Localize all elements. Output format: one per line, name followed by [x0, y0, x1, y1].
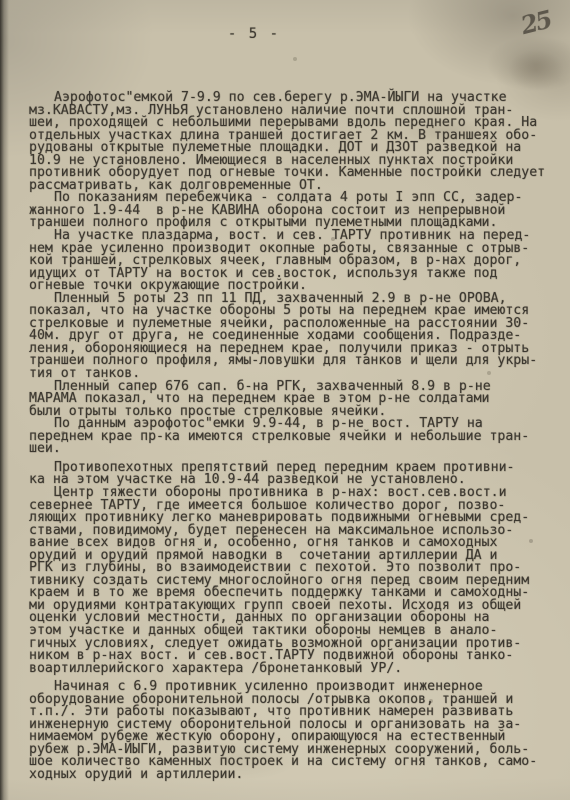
text-line: ходных орудий и артиллерии.: [29, 769, 570, 782]
paragraph: Центр тяжести обороны противника в р-нах…: [29, 487, 570, 675]
paragraph: Начиная с 6.9 противник усиленно произво…: [29, 681, 570, 781]
paragraph: По показаниям перебежчика - солдата 4 ро…: [29, 192, 570, 230]
paragraph: Пленный сапер 676 сап. б-на РГК, захваче…: [29, 381, 570, 419]
scanned-page: - 5 - 25 Аэрофотос"емкой 7-9.9 по сев.бе…: [0, 0, 570, 800]
page-number: - 5 -: [204, 26, 304, 42]
text-line: воартиллерийского характера /бронетанков…: [29, 663, 570, 676]
paragraph: На участке плаздарма, вост. и сев. ТАРТУ…: [29, 230, 570, 293]
paper-stain: [508, 50, 564, 90]
document-body: Аэрофотос"емкой 7-9.9 по сев.берегу р.ЭМ…: [29, 92, 570, 782]
paper-specks: [0, 0, 2, 2]
paragraph: Противопехотных препятствий перед передн…: [29, 462, 570, 487]
paragraph: Аэрофотос"емкой 7-9.9 по сев.берегу р.ЭМ…: [29, 92, 570, 192]
paragraph: По данным аэрофотос"емки 9.9-44, в р-не …: [29, 418, 570, 456]
paragraph: Пленный 5 роты 23 пп 11 ПД, захваченный …: [29, 293, 570, 381]
handwritten-page-number: 25: [518, 5, 554, 40]
text-line: шеи.: [29, 443, 570, 456]
text-line: переднем крае пр-ка имеются стрелковые я…: [29, 431, 570, 444]
